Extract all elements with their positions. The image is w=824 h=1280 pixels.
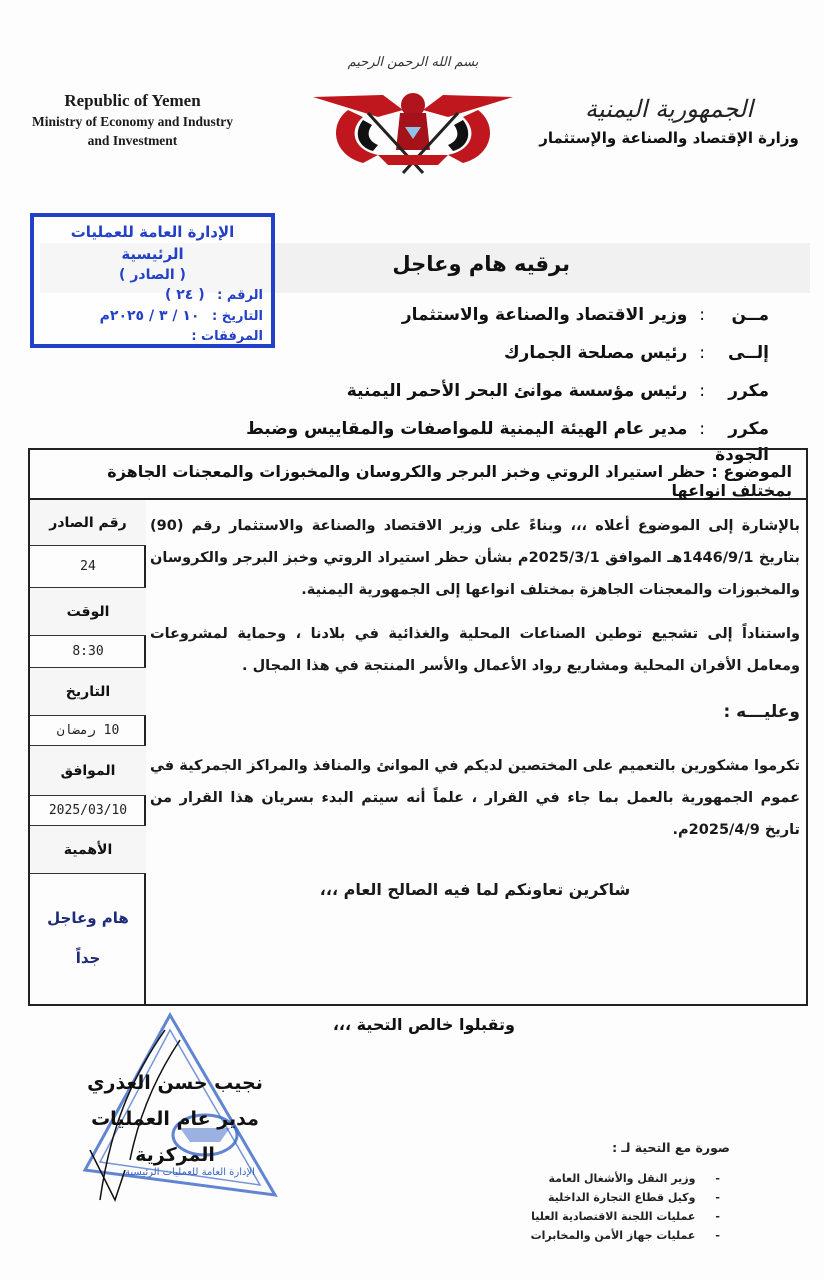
to-label: إلــى	[711, 340, 769, 366]
cc-heading: صورة مع التحية لـ :	[520, 1140, 730, 1155]
importance-line-1: هام وعاجل	[47, 898, 129, 938]
importance-label: الأهمية	[30, 826, 146, 874]
stamp-number-value: ( ٢٤ )	[165, 287, 205, 303]
to-value: رئيس مصلحة الجمارك	[504, 343, 687, 363]
cc-item: عمليات اللجنة الاقتصادية العليا	[520, 1207, 720, 1226]
greeting: وتقبلوا خالص التحية ،،،	[325, 1015, 515, 1034]
arabic-letterhead: الجمهورية اليمنية وزارة الإقتصاد والصناع…	[524, 92, 814, 150]
stamp-date-value: ١٠ / ٣ / ٢٠٢٥م	[100, 308, 200, 324]
importance-value: هام وعاجل جداً	[30, 874, 146, 1002]
importance-line-2: جداً	[76, 938, 101, 978]
paragraph-directive: تكرموا مشكورين بالتعميم على المختصين لدي…	[150, 750, 800, 846]
eagle-emblem-icon	[308, 55, 518, 175]
gregorian-date-label: الموافق	[30, 746, 146, 796]
cc2-label: مكرر	[711, 416, 769, 442]
subject-text: حظر استيراد الروتي وخبز البرجر والكروسان…	[107, 462, 792, 500]
subject-label: الموضوع :	[711, 462, 792, 481]
cc-item: وكيل قطاع التجارة الداخلية	[520, 1188, 720, 1207]
signatory-position: مدير عام العمليات المركزية	[60, 1101, 290, 1173]
country-name-en: Republic of Yemen	[0, 90, 265, 112]
cc-list: صورة مع التحية لـ : وزير النقل والأشغال …	[520, 1140, 720, 1245]
closing-line: شاكرين تعاونكم لما فيه الصالح العام ،،،	[150, 874, 800, 906]
gregorian-date-value: 2025/03/10	[30, 796, 146, 826]
metadata-table: رقم الصادر 24 الوقت 8:30 التاريخ 10 رمضا…	[30, 500, 146, 1004]
ministry-name-en-line1: Ministry of Economy and Industry	[0, 112, 265, 132]
stamp-number-label: الرقم :	[217, 288, 263, 303]
cc-item: وزير النقل والأشغال العامة	[520, 1169, 720, 1188]
subject-line: الموضوع : حظر استيراد الروتي وخبز البرجر…	[30, 450, 806, 500]
time-label: الوقت	[30, 588, 146, 636]
letter-body: بالإشارة إلى الموضوع أعلاه ،،، وبناءً عل…	[150, 510, 800, 906]
signatory: نجيب حسن العذري مدير عام العمليات المركز…	[60, 1065, 290, 1173]
date-value: 10 رمضان	[30, 716, 146, 746]
cc1-value: رئيس مؤسسة موانئ البحر الأحمر اليمنية	[347, 381, 688, 401]
ministry-name-ar: وزارة الإقتصاد والصناعة والإستثمار	[524, 126, 814, 150]
outgoing-number-label: رقم الصادر	[30, 500, 146, 546]
outgoing-number-value: 24	[30, 546, 146, 588]
cc-item: عمليات جهاز الأمن والمخابرات	[520, 1226, 720, 1245]
paragraph-reference: بالإشارة إلى الموضوع أعلاه ،،، وبناءً عل…	[150, 510, 800, 606]
from-value: وزير الاقتصاد والصناعة والاستثمار	[402, 305, 687, 325]
therefore-heading: وعليـــه :	[150, 696, 800, 728]
stamp-title: الإدارة العامة للعمليات الرئيسية	[42, 221, 263, 265]
paragraph-justification: واستناداً إلى تشجيع توطين الصناعات المحل…	[150, 618, 800, 682]
addressing-to: إلــى: رئيس مصلحة الجمارك	[209, 340, 769, 366]
addressing-from: مــن: وزير الاقتصاد والصناعة والاستثمار	[209, 302, 769, 328]
country-name-ar: الجمهورية اليمنية	[524, 92, 814, 126]
letter-frame: الموضوع : حظر استيراد الروتي وخبز البرجر…	[28, 448, 808, 1006]
from-label: مــن	[711, 302, 769, 328]
addressing-cc-1: مكرر: رئيس مؤسسة موانئ البحر الأحمر اليم…	[209, 378, 769, 404]
yemen-emblem: بسم الله الرحمن الرحيم	[308, 55, 518, 175]
date-label: التاريخ	[30, 668, 146, 716]
time-value: 8:30	[30, 636, 146, 668]
english-letterhead: Republic of Yemen Ministry of Economy an…	[0, 90, 265, 150]
cc1-label: مكرر	[711, 378, 769, 404]
stamp-subtitle: ( الصادر )	[42, 265, 263, 285]
signatory-name: نجيب حسن العذري	[60, 1065, 290, 1101]
document-title: برقيه هام وعاجل	[300, 252, 570, 276]
ministry-name-en-line2: and Investment	[0, 132, 265, 150]
